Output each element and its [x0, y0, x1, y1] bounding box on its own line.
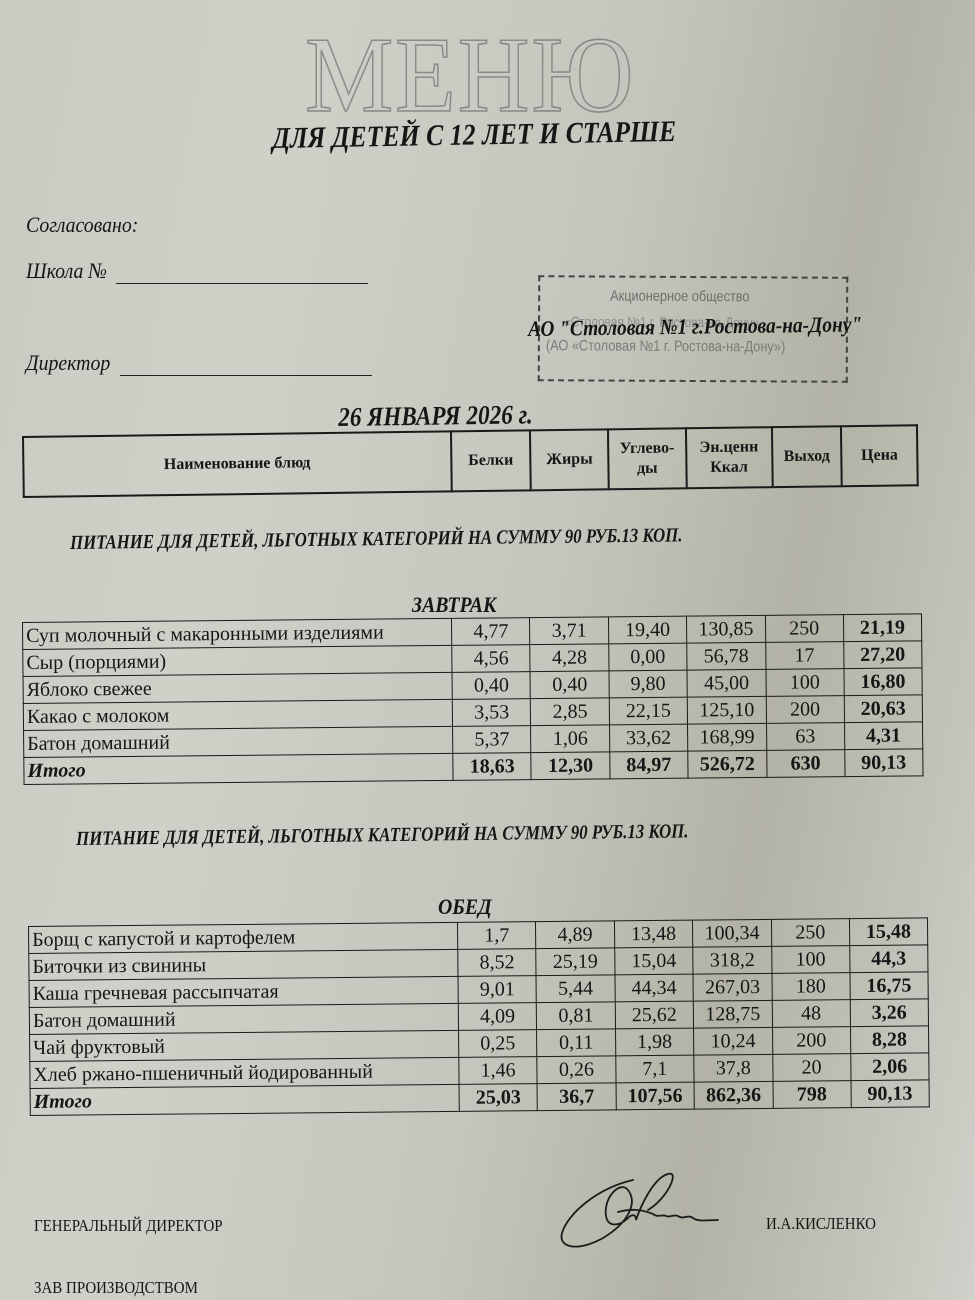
price-cell: 3,26 [850, 999, 929, 1027]
protein-cell: 0,40 [452, 672, 531, 700]
protein-cell: 4,09 [458, 1003, 537, 1031]
lunch-title: ОБЕД [438, 894, 492, 920]
fat-cell: 0,81 [537, 1002, 616, 1030]
carbs-cell: 9,80 [609, 670, 688, 698]
fat-cell: 4,28 [530, 644, 609, 672]
carbs-cell: 7,1 [615, 1055, 694, 1083]
fat-cell: 0,11 [537, 1029, 616, 1057]
carbs-cell: 25,62 [615, 1001, 694, 1029]
price-cell: 27,20 [843, 641, 922, 669]
breakfast-title: ЗАВТРАК [412, 592, 496, 618]
carbs-cell: 84,97 [610, 751, 689, 779]
price-cell: 16,80 [844, 668, 923, 696]
energy-cell: 56,78 [687, 642, 766, 670]
yield-cell: 630 [766, 750, 844, 778]
fat-cell: 25,19 [536, 948, 615, 976]
column-header-table: Наименование блюд Белки Жиры Углево-ды Э… [22, 424, 919, 498]
yield-cell: 20 [773, 1054, 851, 1082]
protein-cell: 5,37 [453, 726, 532, 754]
price-cell: 16,75 [850, 972, 929, 1000]
menu-date: 26 ЯНВАРЯ 2026 г. [338, 399, 533, 433]
dish-name: Итого [30, 1084, 459, 1115]
fat-cell: 4,89 [536, 921, 615, 949]
price-cell: 21,19 [843, 614, 922, 642]
document-title: МЕНЮ [305, 22, 635, 130]
organization-name: АО "Столовая №1 г.Ростова-на-Дону" [528, 311, 862, 342]
energy-cell: 526,72 [688, 750, 767, 778]
protein-cell: 9,01 [458, 976, 537, 1004]
energy-cell: 45,00 [687, 669, 766, 697]
general-director-name: И.А.КИСЛЕНКО [766, 1214, 876, 1234]
production-head-label: ЗАВ ПРОИЗВОДСТВОМ [34, 1278, 198, 1298]
energy-cell: 862,36 [694, 1081, 773, 1109]
fat-cell: 12,30 [531, 752, 610, 780]
energy-cell: 130,85 [687, 615, 766, 643]
breakfast-note: ПИТАНИЕ ДЛЯ ДЕТЕЙ, ЛЬГОТНЫХ КАТЕГОРИЙ НА… [70, 524, 683, 555]
stamp-line-1: Акционерное общество [610, 288, 749, 306]
energy-cell: 37,8 [694, 1054, 773, 1082]
yield-cell: 180 [772, 973, 850, 1001]
price-cell: 90,13 [844, 749, 923, 777]
yield-cell: 17 [765, 642, 843, 670]
protein-cell: 3,53 [452, 699, 531, 727]
energy-cell: 128,75 [693, 1000, 772, 1028]
carbs-cell: 0,00 [609, 643, 688, 671]
carbs-cell: 107,56 [616, 1082, 695, 1110]
carbs-cell: 33,62 [609, 724, 688, 752]
agreed-label: Согласовано: [26, 212, 138, 238]
fat-cell: 2,85 [531, 698, 610, 726]
dish-name: Яблоко свежее [23, 672, 452, 703]
fat-cell: 1,06 [531, 725, 610, 753]
price-cell: 90,13 [851, 1080, 930, 1108]
protein-cell: 25,03 [459, 1084, 538, 1112]
carbs-cell: 1,98 [615, 1028, 694, 1056]
price-cell: 8,28 [850, 1026, 929, 1054]
energy-cell: 318,2 [693, 946, 772, 974]
director-blank-line [120, 357, 372, 376]
col-header-name: Наименование блюд [23, 431, 451, 497]
dish-name: Батон домашний [24, 726, 453, 757]
signature-icon [558, 1168, 758, 1258]
dish-name: Биточки из свинины [29, 949, 458, 980]
price-cell: 44,3 [849, 945, 928, 973]
breakfast-table: Суп молочный с макаронными изделиями4,77… [22, 613, 924, 785]
col-header-fat: Жиры [530, 429, 608, 490]
energy-cell: 125,10 [687, 696, 766, 724]
yield-cell: 63 [766, 723, 844, 751]
energy-cell: 168,99 [688, 723, 767, 751]
dish-name: Какао с молоком [23, 699, 452, 730]
yield-cell: 48 [772, 1000, 850, 1028]
protein-cell: 1,7 [458, 922, 537, 950]
protein-cell: 18,63 [453, 753, 532, 781]
protein-cell: 4,56 [452, 645, 531, 673]
yield-cell: 798 [773, 1081, 851, 1109]
energy-cell: 267,03 [693, 973, 772, 1001]
carbs-cell: 13,48 [614, 920, 693, 948]
col-header-energy: Эн.ценнКкал [686, 427, 773, 488]
protein-cell: 8,52 [458, 949, 537, 977]
school-field: Школа № [26, 258, 368, 284]
carbs-cell: 15,04 [614, 947, 693, 975]
dish-name: Итого [24, 753, 453, 784]
carbs-cell: 44,34 [615, 974, 694, 1002]
fat-cell: 0,26 [537, 1056, 616, 1084]
yield-cell: 250 [771, 919, 849, 947]
price-cell: 15,48 [849, 918, 928, 946]
director-field: Директор [26, 350, 372, 376]
yield-cell: 200 [766, 696, 844, 724]
yield-cell: 100 [766, 669, 844, 697]
protein-cell: 0,25 [459, 1030, 538, 1058]
fat-cell: 0,40 [530, 671, 609, 699]
price-cell: 20,63 [844, 695, 923, 723]
dish-name: Хлеб ржано-пшеничный йодированный [30, 1057, 459, 1088]
school-blank-line [116, 265, 368, 284]
dish-name: Батон домашний [29, 1003, 458, 1034]
lunch-note: ПИТАНИЕ ДЛЯ ДЕТЕЙ, ЛЬГОТНЫХ КАТЕГОРИЙ НА… [76, 820, 689, 851]
col-header-yield: Выход [771, 426, 842, 487]
price-cell: 4,31 [844, 722, 923, 750]
price-cell: 2,06 [850, 1053, 929, 1081]
col-header-carbs: Углево-ды [608, 428, 687, 489]
protein-cell: 1,46 [459, 1057, 538, 1085]
director-label: Директор [26, 350, 110, 376]
lunch-table: Борщ с капустой и картофелем1,74,8913,48… [28, 917, 930, 1116]
carbs-cell: 19,40 [608, 616, 687, 644]
col-header-price: Цена [841, 425, 917, 486]
carbs-cell: 22,15 [609, 697, 688, 725]
school-label: Школа № [26, 258, 107, 284]
col-header-protein: Белки [451, 430, 531, 491]
yield-cell: 200 [772, 1027, 850, 1055]
yield-cell: 250 [765, 615, 843, 643]
fat-cell: 3,71 [530, 617, 609, 645]
energy-cell: 10,24 [694, 1027, 773, 1055]
dish-name: Чай фруктовый [30, 1030, 459, 1061]
document-subtitle: ДЛЯ ДЕТЕЙ С 12 ЛЕТ И СТАРШЕ [272, 115, 677, 156]
dish-name: Суп молочный с макаронными изделиями [23, 618, 452, 649]
energy-cell: 100,34 [693, 919, 772, 947]
dish-name: Сыр (порциями) [23, 645, 452, 676]
dish-name: Борщ с капустой и картофелем [29, 922, 458, 953]
fat-cell: 36,7 [537, 1083, 616, 1111]
fat-cell: 5,44 [536, 975, 615, 1003]
yield-cell: 100 [771, 946, 849, 974]
general-director-label: ГЕНЕРАЛЬНЫЙ ДИРЕКТОР [34, 1216, 223, 1236]
protein-cell: 4,77 [452, 618, 531, 646]
dish-name: Каша гречневая рассыпчатая [29, 976, 458, 1007]
